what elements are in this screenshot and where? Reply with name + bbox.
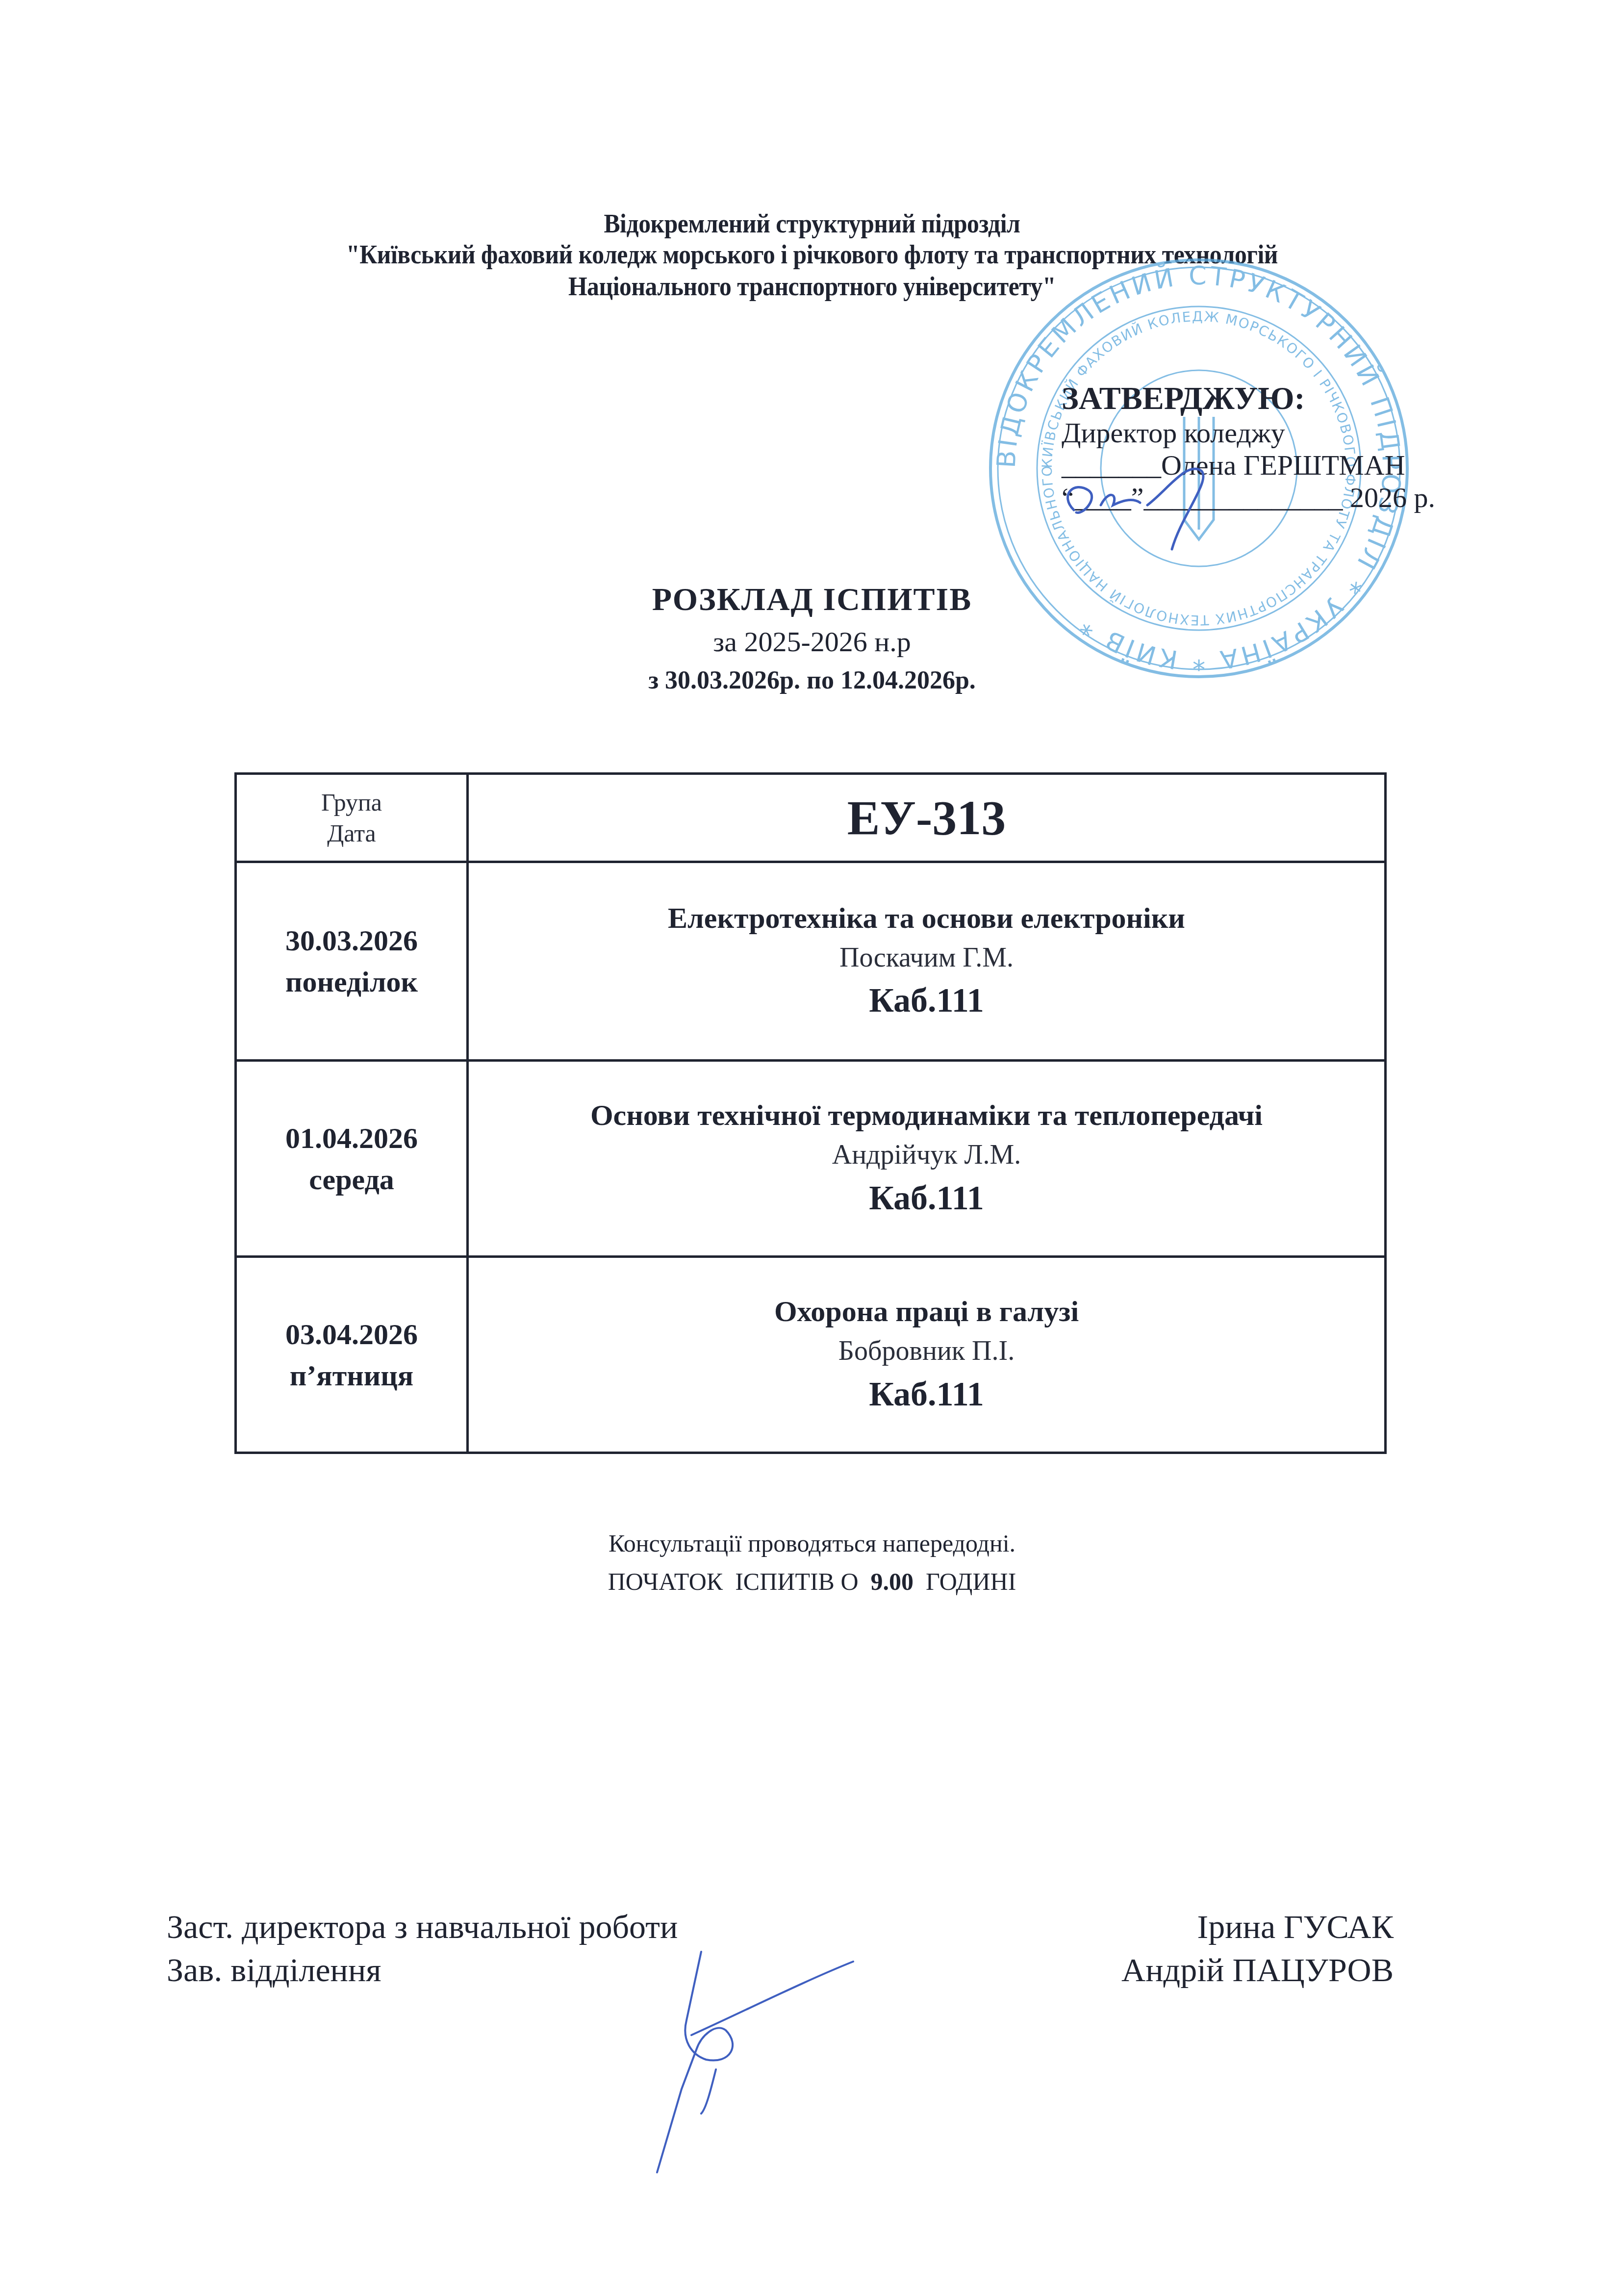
exam-cell: Електротехніка та основи електроніки Пос…: [468, 862, 1386, 1061]
institution-subdivision: Відокремлений структурний підрозділ: [65, 208, 1559, 239]
exam-cell: Охорона праці в галузі Бобровник П.І. Ка…: [468, 1257, 1386, 1453]
signatory-position: Зав. відділення: [167, 1951, 381, 1989]
exam-teacher: Бобровник П.І.: [469, 1332, 1384, 1370]
signatory-position: Заст. директора з навчальної роботи: [167, 1908, 678, 1946]
signatory-name: Ірина ГУСАК: [1197, 1908, 1394, 1946]
exam-subject: Основи технічної термодинаміки та теплоп…: [469, 1095, 1384, 1136]
exam-teacher: Андрійчук Л.М.: [469, 1136, 1384, 1174]
exam-weekday: понеділок: [237, 961, 466, 1002]
header-group-label: Група: [237, 787, 466, 818]
exam-start-suffix: ГОДИНІ: [913, 1568, 1016, 1595]
exam-room: Каб.111: [469, 1371, 1384, 1419]
signatory-name: Андрій ПАЦУРОВ: [1121, 1951, 1394, 1989]
department-head-signature-icon: [647, 1942, 873, 2177]
exam-date: 01.04.2026: [237, 1118, 466, 1159]
date-cell: 01.04.2026 середа: [236, 1061, 468, 1257]
consultations-note: Консультації проводяться напередодні.: [0, 1529, 1624, 1557]
exam-subject: Охорона праці в галузі: [469, 1291, 1384, 1332]
date-cell: 03.04.2026 п’ятниця: [236, 1257, 468, 1453]
exam-start-prefix: ПОЧАТОК ІСПИТІВ О: [608, 1568, 871, 1595]
approval-position: Директор коледжу: [1062, 419, 1435, 447]
exam-start-note: ПОЧАТОК ІСПИТІВ О 9.00 ГОДИНІ: [0, 1567, 1624, 1596]
director-signature-icon: [1054, 451, 1221, 554]
date-cell: 30.03.2026 понеділок: [236, 862, 468, 1061]
exam-schedule-table: Група Дата ЕУ-313 30.03.2026 понеділок Е…: [234, 772, 1387, 1454]
header-labels-cell: Група Дата: [236, 774, 468, 862]
exam-room: Каб.111: [469, 1174, 1384, 1223]
exam-weekday: п’ятниця: [237, 1355, 466, 1396]
exam-subject: Електротехніка та основи електроніки: [469, 897, 1384, 939]
exam-date: 30.03.2026: [237, 920, 466, 961]
header-date-label: Дата: [237, 818, 466, 849]
table-row: 30.03.2026 понеділок Електротехніка та о…: [236, 862, 1386, 1061]
exam-room: Каб.111: [469, 977, 1384, 1025]
exam-teacher: Поскачим Г.М.: [469, 939, 1384, 977]
table-header-row: Група Дата ЕУ-313: [236, 774, 1386, 862]
table-row: 01.04.2026 середа Основи технічної термо…: [236, 1061, 1386, 1257]
table-row: 03.04.2026 п’ятниця Охорона праці в галу…: [236, 1257, 1386, 1453]
exam-cell: Основи технічної термодинаміки та теплоп…: [468, 1061, 1386, 1257]
exam-date: 03.04.2026: [237, 1314, 466, 1355]
exam-weekday: середа: [237, 1159, 466, 1200]
approval-title: ЗАТВЕРДЖУЮ:: [1062, 382, 1435, 415]
exam-start-time: 9.00: [871, 1568, 914, 1595]
group-name: ЕУ-313: [468, 774, 1386, 862]
